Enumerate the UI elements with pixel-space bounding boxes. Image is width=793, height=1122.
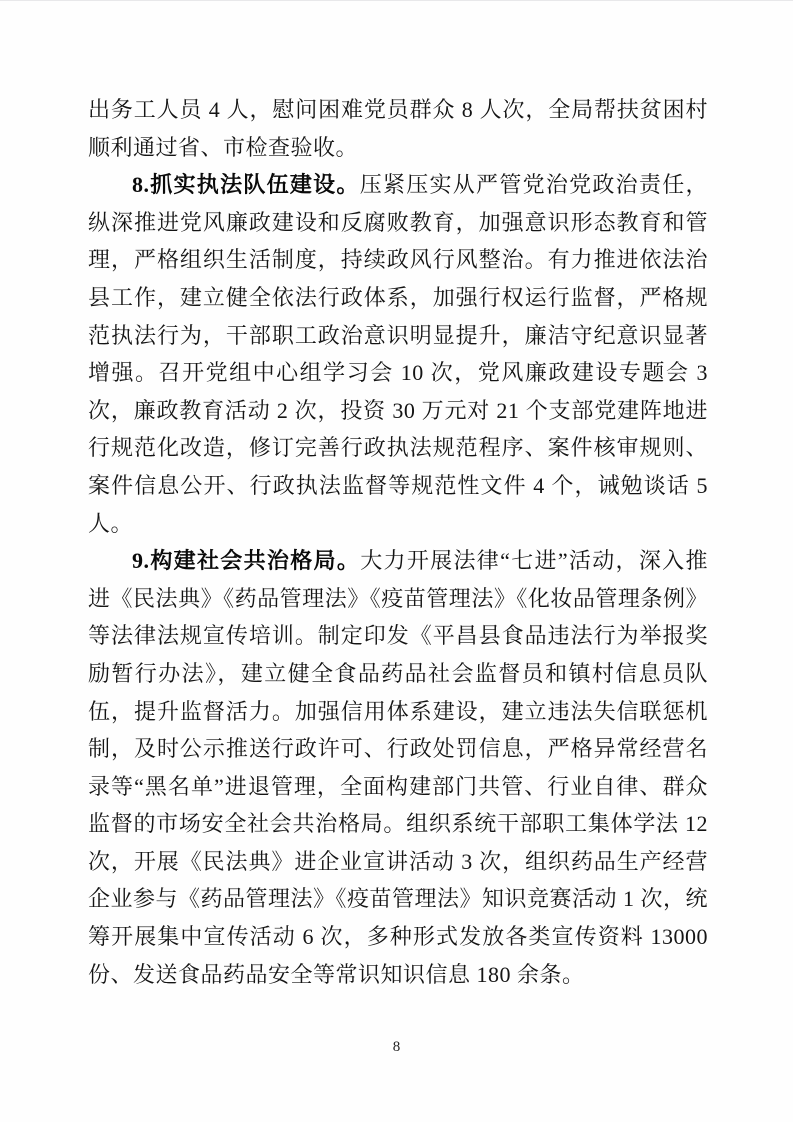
paragraph-heading: 9.构建社会共治格局。 (132, 548, 360, 573)
paragraph-heading: 8.抓实执法队伍建设。 (132, 172, 360, 197)
document-page: 出务工人员 4 人，慰问困难党员群众 8 人次，全局帮扶贫困村顺利通过省、市检查… (0, 0, 793, 1122)
paragraph: 9.构建社会共治格局。大力开展法律“七进”活动，深入推进《民法典》《药品管理法》… (88, 542, 708, 993)
paragraph-body-text: 大力开展法律“七进”活动，深入推进《民法典》《药品管理法》《疫苗管理法》《化妆品… (88, 548, 708, 987)
document-text-block: 出务工人员 4 人，慰问困难党员群众 8 人次，全局帮扶贫困村顺利通过省、市检查… (88, 91, 708, 993)
paragraph: 出务工人员 4 人，慰问困难党员群众 8 人次，全局帮扶贫困村顺利通过省、市检查… (88, 91, 708, 166)
paragraph-body-text: 压紧压实从严管党治党政治责任，纵深推进党风廉政建设和反腐败教育，加强意识形态教育… (88, 172, 708, 535)
paragraph: 8.抓实执法队伍建设。压紧压实从严管党治党政治责任，纵深推进党风廉政建设和反腐败… (88, 166, 708, 542)
paragraph-body-text: 出务工人员 4 人，慰问困难党员群众 8 人次，全局帮扶贫困村顺利通过省、市检查… (88, 97, 708, 160)
page-number: 8 (0, 1039, 793, 1056)
